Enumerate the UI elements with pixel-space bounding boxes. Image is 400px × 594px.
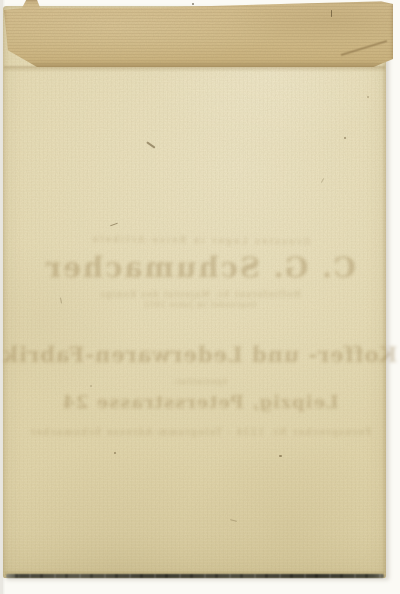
paper-fiber: [331, 10, 332, 17]
paper-speck: [367, 96, 369, 98]
paper-speck: [114, 452, 116, 454]
bottom-edge-shadow: [6, 574, 384, 578]
paper-speck: [90, 385, 92, 387]
envelope-body: [3, 6, 386, 578]
paper-grain-texture: [3, 6, 386, 578]
photo-background: Grosstes Lager in Reise-Artikeln C. G. S…: [0, 0, 400, 594]
laid-paper-ribbing: [4, 0, 393, 67]
paper-speck: [344, 137, 346, 139]
paper-speck: [279, 455, 282, 457]
envelope-flap: [4, 0, 393, 67]
paper-speck: [192, 3, 194, 5]
